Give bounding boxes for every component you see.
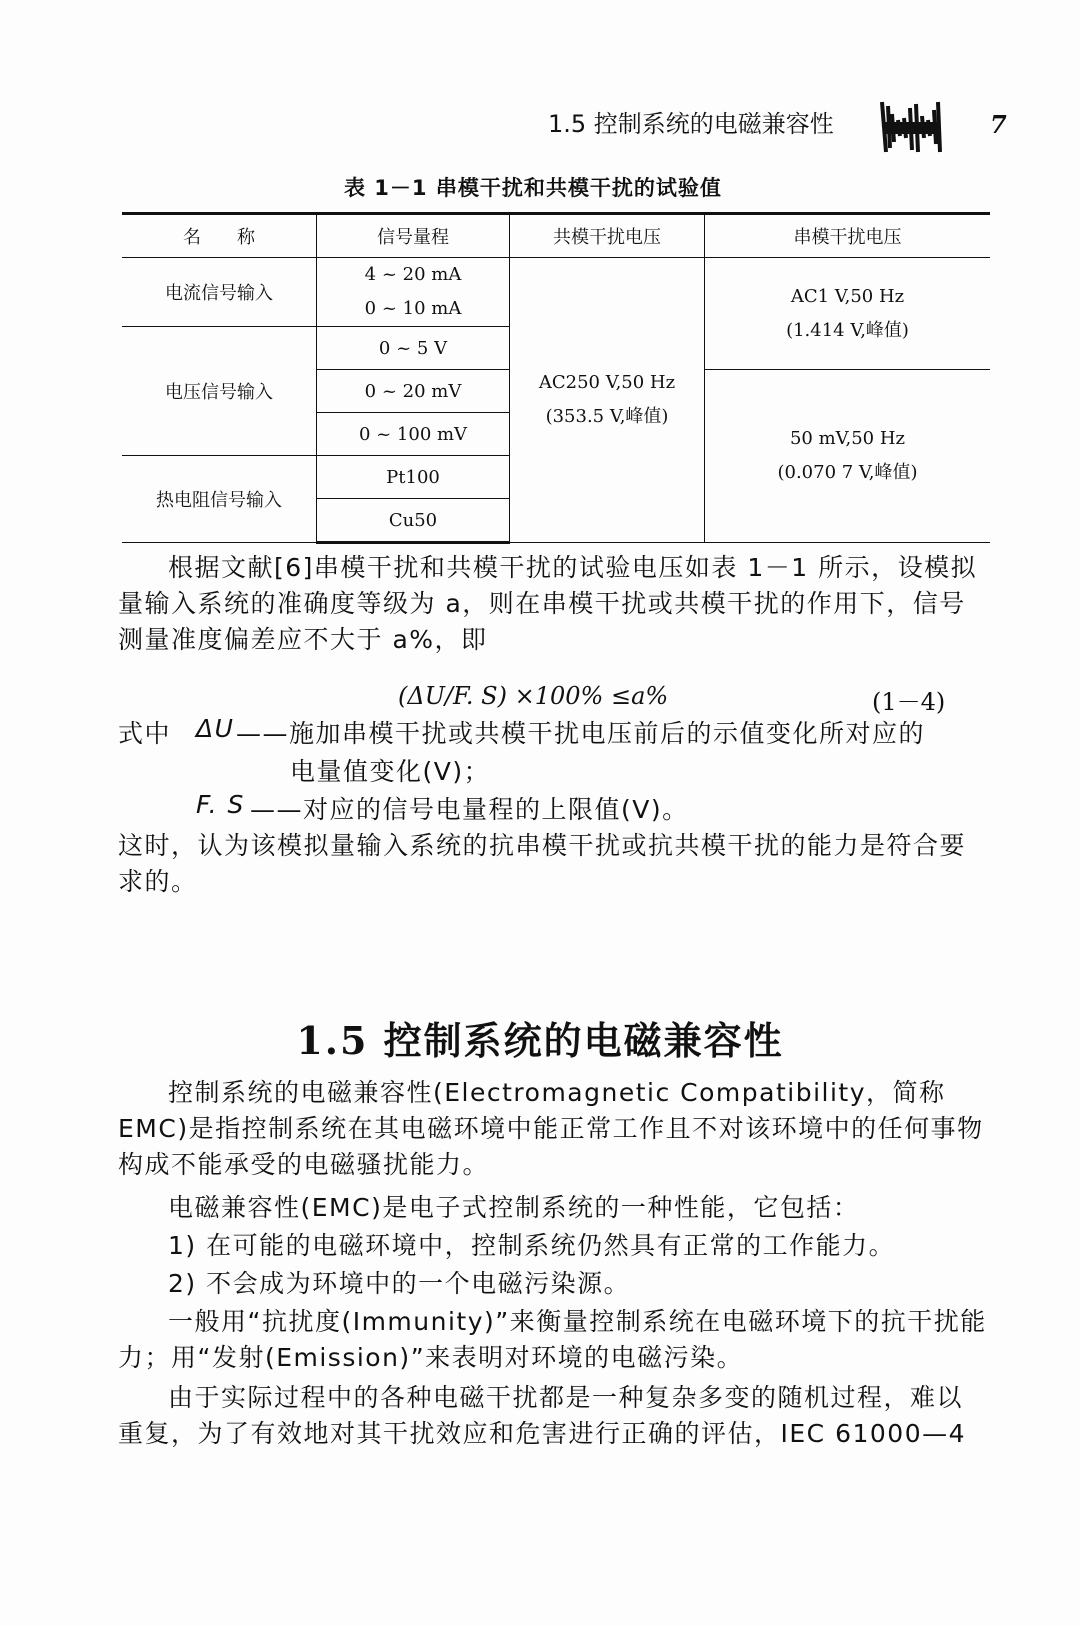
group-name: 电流信号输入 — [122, 258, 317, 327]
series-mode-line2: (1.414 V,峰值) — [705, 314, 990, 348]
col-header-name: 名 称 — [122, 214, 317, 258]
table-row: 电流信号输入 4 ~ 20 mA 0 ~ 10 mA AC250 V,50 Hz… — [122, 258, 990, 327]
range-cell: 4 ~ 20 mA 0 ~ 10 mA — [317, 258, 510, 327]
table-caption: 表 1－1 串模干扰和共模干扰的试验值 — [344, 172, 722, 202]
def1-text: ——施加串模干扰或共模干扰电压前后的示值变化所对应的 — [236, 714, 925, 750]
common-mode-line2: (353.5 V,峰值) — [510, 400, 704, 434]
waveform-logo-icon — [880, 98, 944, 156]
range-value: 0 ~ 20 mV — [317, 370, 510, 413]
page-number: 7 — [990, 110, 1007, 139]
range-value: 4 ~ 20 mA — [317, 258, 509, 292]
section-title: 1.5 控制系统的电磁兼容性 — [0, 1010, 1080, 1065]
body-paragraph-1: 根据文献[6]串模干扰和共模干扰的试验电压如表 1－1 所示，设模拟量输入系统的… — [118, 550, 988, 658]
formula: (ΔU/F. S) ×100% ≤a% — [398, 682, 668, 710]
body-paragraph-2: 这时，认为该模拟量输入系统的抗串模干扰或抗共模干扰的能力是符合要求的。 — [118, 828, 988, 900]
def1-symbol: ΔU — [196, 714, 234, 743]
table-header-row: 名 称 信号量程 共模干扰电压 串模干扰电压 — [122, 214, 990, 258]
range-value: Cu50 — [317, 499, 510, 543]
section-paragraph-1: 控制系统的电磁兼容性(Electromagnetic Compatibility… — [118, 1075, 988, 1183]
common-mode-cell: AC250 V,50 Hz (353.5 V,峰值) — [510, 258, 705, 543]
col-header-common-mode: 共模干扰电压 — [510, 214, 705, 258]
list-item-2: 2) 不会成为环境中的一个电磁污染源。 — [118, 1266, 988, 1302]
test-values-table: 名 称 信号量程 共模干扰电压 串模干扰电压 电流信号输入 4 ~ 20 mA … — [122, 212, 990, 544]
section-paragraph-2: 电磁兼容性(EMC)是电子式控制系统的一种性能，它包括： — [118, 1190, 988, 1226]
def2-text: ——对应的信号电量程的上限值(V)。 — [250, 790, 689, 826]
section-paragraph-4: 由于实际过程中的各种电磁干扰都是一种复杂多变的随机过程，难以重复，为了有效地对其… — [118, 1380, 988, 1452]
range-value: 0 ~ 10 mA — [317, 292, 509, 326]
series-mode-cell: AC1 V,50 Hz (1.414 V,峰值) — [705, 258, 991, 370]
range-value: Pt100 — [317, 456, 510, 499]
def1-continuation: 电量值变化(V)； — [290, 752, 490, 788]
where-label: 式中 — [118, 714, 171, 750]
section-paragraph-3: 一般用“抗扰度(Immunity)”来衡量控制系统在电磁环境下的抗干扰能力；用“… — [118, 1304, 988, 1376]
range-value: 0 ~ 5 V — [317, 327, 510, 370]
equation-number: (1－4) — [872, 682, 945, 717]
def2-symbol: F. S — [196, 790, 245, 819]
series-mode-line1: AC1 V,50 Hz — [705, 280, 990, 314]
col-header-range: 信号量程 — [317, 214, 510, 258]
group-name: 热电阻信号输入 — [122, 456, 317, 543]
running-head-title: 1.5 控制系统的电磁兼容性 — [548, 104, 834, 139]
group-name: 电压信号输入 — [122, 327, 317, 456]
series-mode-line2: (0.070 7 V,峰值) — [705, 456, 990, 490]
col-header-series-mode: 串模干扰电压 — [705, 214, 991, 258]
series-mode-cell: 50 mV,50 Hz (0.070 7 V,峰值) — [705, 370, 991, 543]
range-value: 0 ~ 100 mV — [317, 413, 510, 456]
common-mode-line1: AC250 V,50 Hz — [510, 366, 704, 400]
list-item-1: 1) 在可能的电磁环境中，控制系统仍然具有正常的工作能力。 — [118, 1228, 988, 1264]
series-mode-line1: 50 mV,50 Hz — [705, 422, 990, 456]
